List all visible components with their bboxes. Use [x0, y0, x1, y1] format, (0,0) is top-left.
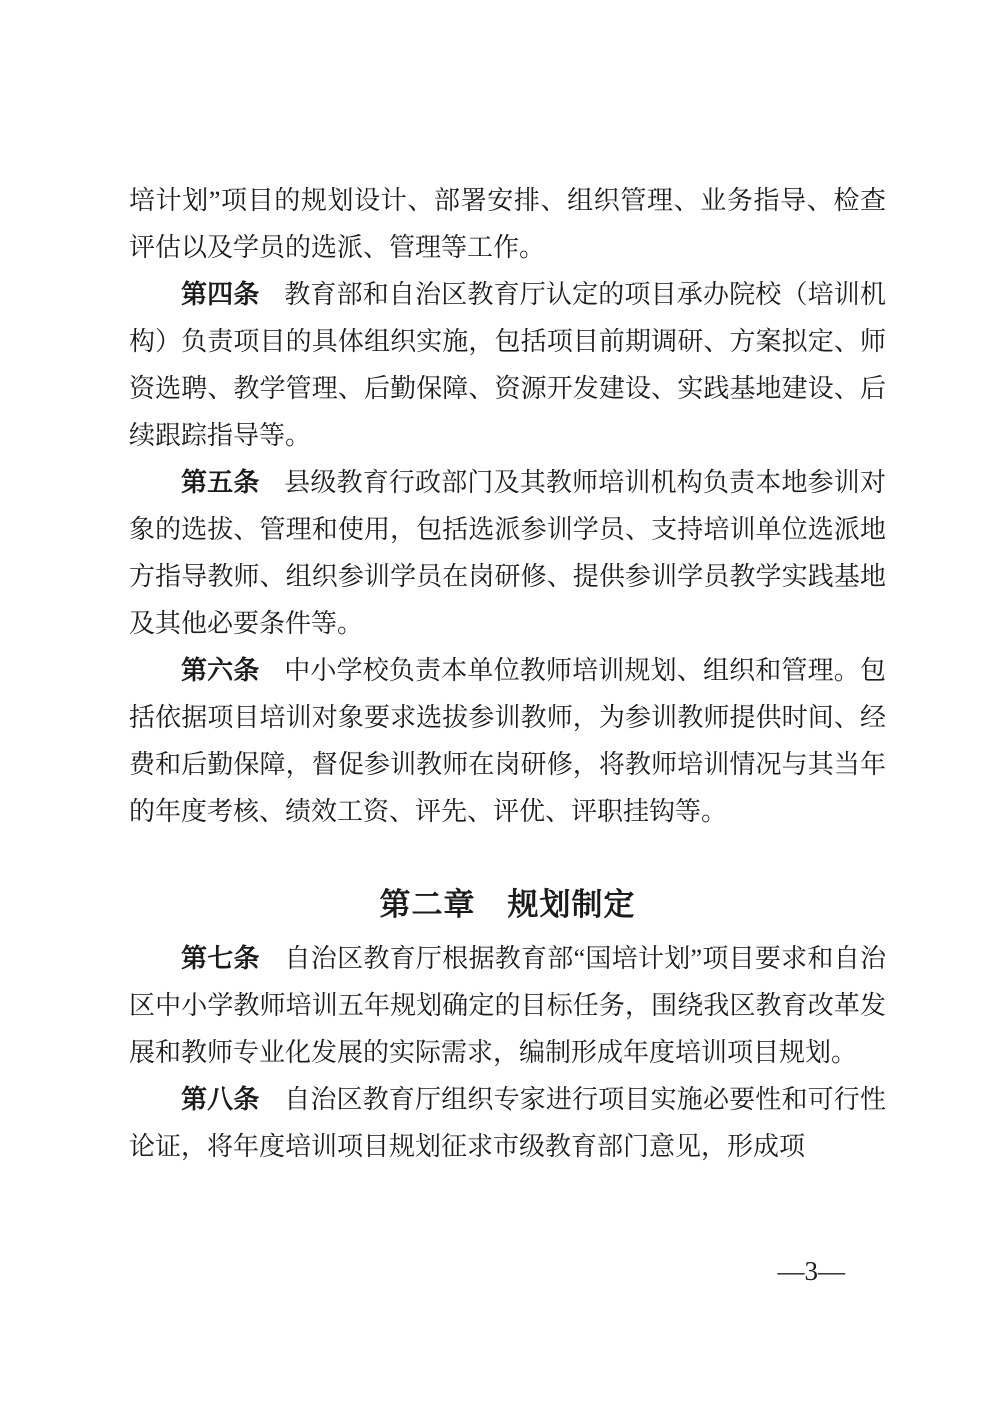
paragraph-article-8: 第八条自治区教育厅组织专家进行项目实施必要性和可行性论证，将年度培训项目规划征求…: [129, 1076, 886, 1170]
paragraph-article-6: 第六条中小学校负责本单位教师培训规划、组织和管理。包括依据项目培训对象要求选拔参…: [129, 647, 886, 835]
article-number: 第八条: [181, 1085, 260, 1114]
paragraph-continuation: 培计划”项目的规划设计、部署安排、组织管理、业务指导、检查评估以及学员的选派、管…: [129, 177, 886, 271]
page-footer: —3—: [778, 1256, 846, 1286]
paragraph-text: 培计划”项目的规划设计、部署安排、组织管理、业务指导、检查评估以及学员的选派、管…: [129, 186, 886, 262]
document-page: 培计划”项目的规划设计、部署安排、组织管理、业务指导、检查评估以及学员的选派、管…: [0, 0, 993, 1404]
article-number: 第四条: [181, 280, 260, 309]
paragraph-article-4: 第四条教育部和自治区教育厅认定的项目承办院校（培训机构）负责项目的具体组织实施，…: [129, 271, 886, 459]
article-number: 第七条: [181, 944, 260, 973]
article-number: 第五条: [181, 468, 260, 497]
paragraph-article-5: 第五条县级教育行政部门及其教师培训机构负责本地参训对象的选拔、管理和使用，包括选…: [129, 459, 886, 647]
document-body: 培计划”项目的规划设计、部署安排、组织管理、业务指导、检查评估以及学员的选派、管…: [129, 177, 886, 1170]
article-number: 第六条: [181, 656, 260, 685]
paragraph-article-7: 第七条自治区教育厅根据教育部“国培计划”项目要求和自治区中小学教师培训五年规划确…: [129, 935, 886, 1076]
page-number: —3—: [778, 1256, 846, 1286]
chapter-heading: 第二章 规划制定: [129, 879, 886, 931]
